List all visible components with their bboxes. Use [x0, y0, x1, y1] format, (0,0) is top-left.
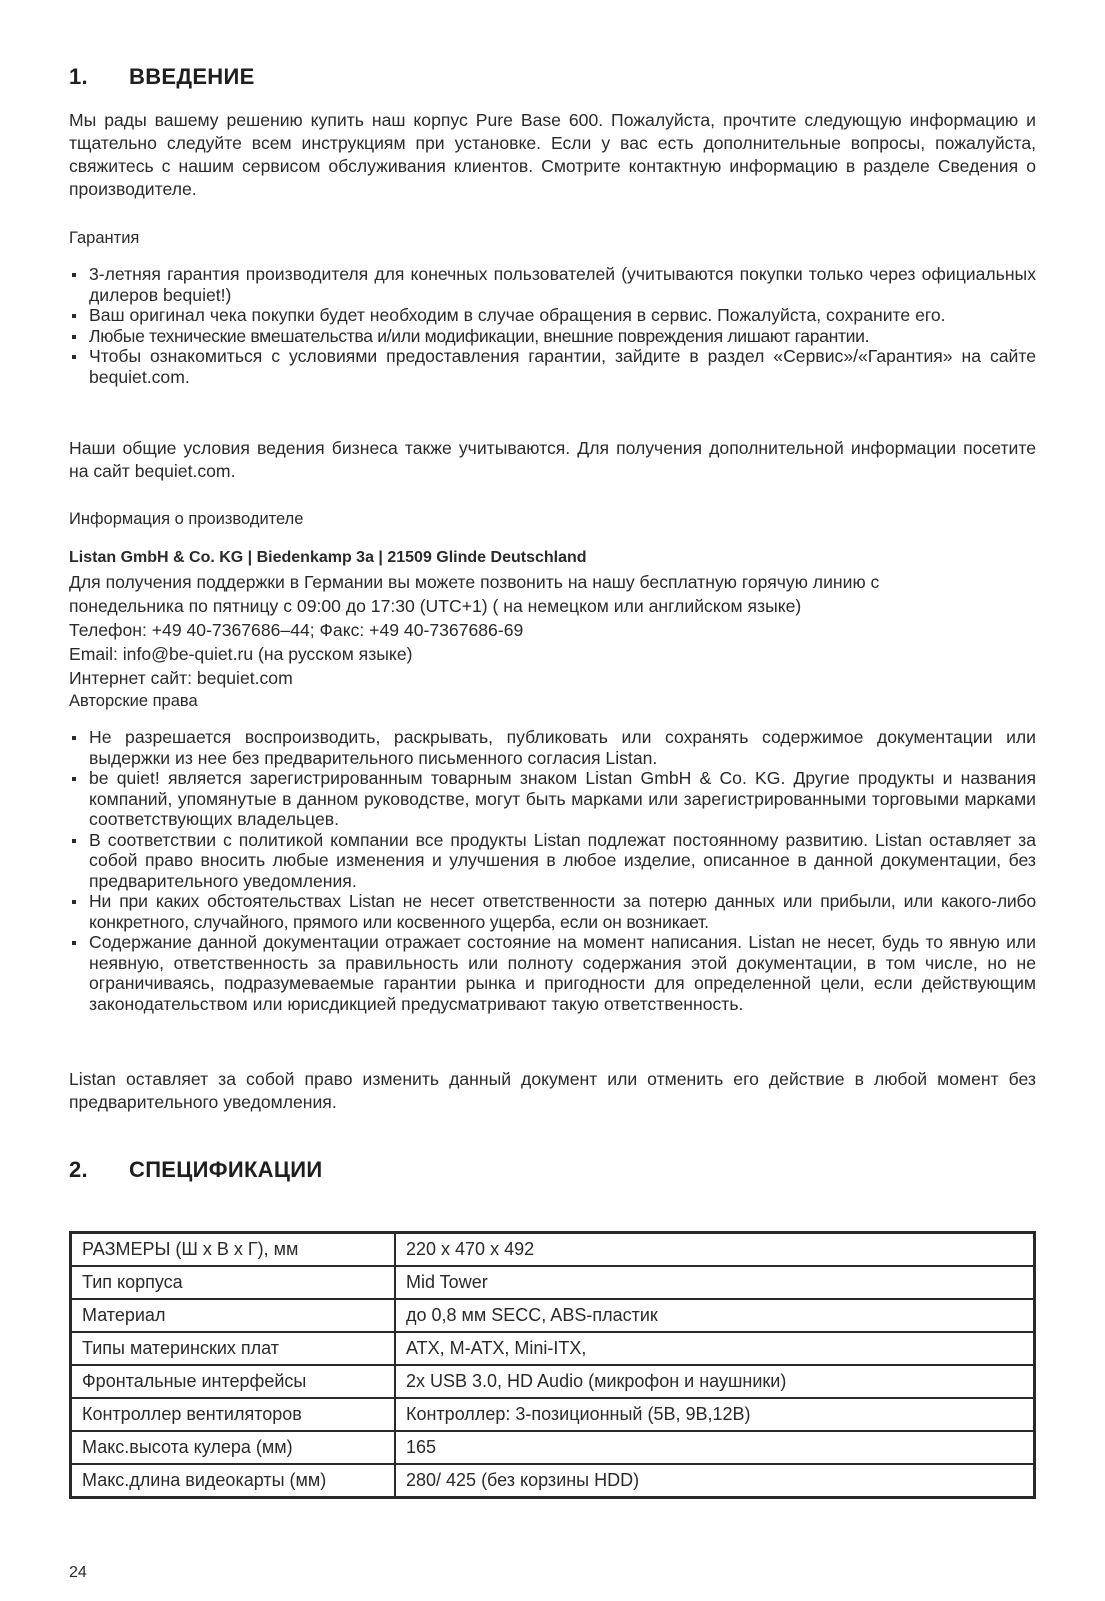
- list-item: Любые технические вмешательства и/или мо…: [69, 326, 1036, 347]
- support-line-2: понедельника по пятницу с 09:00 до 17:30…: [69, 594, 801, 618]
- warranty-list: 3-летняя гарантия производителя для коне…: [69, 264, 1036, 387]
- spec-key: Макс.высота кулера (мм): [71, 1431, 396, 1464]
- spec-key: Материал: [71, 1299, 396, 1332]
- warranty-heading: Гарантия: [69, 229, 139, 248]
- spec-key: Макс.длина видеокарты (мм): [71, 1464, 396, 1498]
- table-row: Макс.высота кулера (мм)165: [71, 1431, 1035, 1464]
- list-item: Ни при каких обстоятельствах Listan не н…: [69, 891, 1036, 932]
- spec-value: 220 x 470 x 492: [395, 1233, 1035, 1267]
- website: Интернет сайт: bequiet.com: [69, 666, 293, 690]
- list-item: Чтобы ознакомиться с условиями предостав…: [69, 346, 1036, 387]
- section-number: 1.: [69, 64, 129, 90]
- email: Email: info@be-quiet.ru (на русском язык…: [69, 642, 412, 666]
- list-item: Ваш оригинал чека покупки будет необходи…: [69, 305, 1036, 326]
- list-item: Содержание данной документации отражает …: [69, 932, 1036, 1014]
- spec-key: Тип корпуса: [71, 1266, 396, 1299]
- spec-key: Типы материнских плат: [71, 1332, 396, 1365]
- closing-paragraph: Listan оставляет за собой право изменить…: [69, 1068, 1036, 1114]
- spec-value: до 0,8 мм SECC, ABS-пластик: [395, 1299, 1035, 1332]
- spec-value: ATX, M-ATX, Mini-ITX,: [395, 1332, 1035, 1365]
- table-row: Контроллер вентиляторовКонтроллер: 3-поз…: [71, 1398, 1035, 1431]
- list-item: 3-летняя гарантия производителя для коне…: [69, 264, 1036, 305]
- specifications-table: РАЗМЕРЫ (Ш x В x Г), мм220 x 470 x 492Ти…: [69, 1231, 1036, 1499]
- table-row: Тип корпусаMid Tower: [71, 1266, 1035, 1299]
- spec-key: Фронтальные интерфейсы: [71, 1365, 396, 1398]
- spec-value: 165: [395, 1431, 1035, 1464]
- section-2-heading: 2.СПЕЦИФИКАЦИИ: [69, 1157, 322, 1183]
- manufacturer-address: Listan GmbH & Co. KG | Biedenkamp 3a | 2…: [69, 546, 587, 570]
- phone-fax: Телефон: +49 40-7367686–44; Факс: +49 40…: [69, 618, 523, 642]
- section-title: СПЕЦИФИКАЦИИ: [129, 1157, 322, 1182]
- list-item: Не разрешается воспроизводить, раскрыват…: [69, 727, 1036, 768]
- table-row: Типы материнских платATX, M-ATX, Mini-IT…: [71, 1332, 1035, 1365]
- section-title: ВВЕДЕНИЕ: [129, 64, 255, 89]
- list-item: В соответствии с политикой компании все …: [69, 830, 1036, 892]
- spec-key: Контроллер вентиляторов: [71, 1398, 396, 1431]
- manufacturer-heading: Информация о производителе: [69, 510, 303, 529]
- intro-paragraph: Мы рады вашему решению купить наш корпус…: [69, 109, 1036, 201]
- section-number: 2.: [69, 1157, 129, 1183]
- section-1-heading: 1.ВВЕДЕНИЕ: [69, 64, 255, 90]
- support-line-1: Для получения поддержки в Германии вы мо…: [69, 570, 879, 594]
- copyright-heading: Авторские права: [69, 689, 198, 713]
- terms-paragraph: Наши общие условия ведения бизнеса также…: [69, 437, 1036, 483]
- spec-value: Контроллер: 3-позиционный (5В, 9В,12В): [395, 1398, 1035, 1431]
- table-row: Фронтальные интерфейсы2x USB 3.0, HD Aud…: [71, 1365, 1035, 1398]
- list-item: be quiet! является зарегистрированным то…: [69, 768, 1036, 830]
- copyright-list: Не разрешается воспроизводить, раскрыват…: [69, 727, 1036, 1014]
- table-row: Материалдо 0,8 мм SECC, ABS-пластик: [71, 1299, 1035, 1332]
- spec-value: 280/ 425 (без корзины HDD): [395, 1464, 1035, 1498]
- page-number: 24: [69, 1564, 87, 1582]
- spec-value: Mid Tower: [395, 1266, 1035, 1299]
- spec-key: РАЗМЕРЫ (Ш x В x Г), мм: [71, 1233, 396, 1267]
- table-row: Макс.длина видеокарты (мм)280/ 425 (без …: [71, 1464, 1035, 1498]
- spec-value: 2x USB 3.0, HD Audio (микрофон и наушник…: [395, 1365, 1035, 1398]
- table-row: РАЗМЕРЫ (Ш x В x Г), мм220 x 470 x 492: [71, 1233, 1035, 1267]
